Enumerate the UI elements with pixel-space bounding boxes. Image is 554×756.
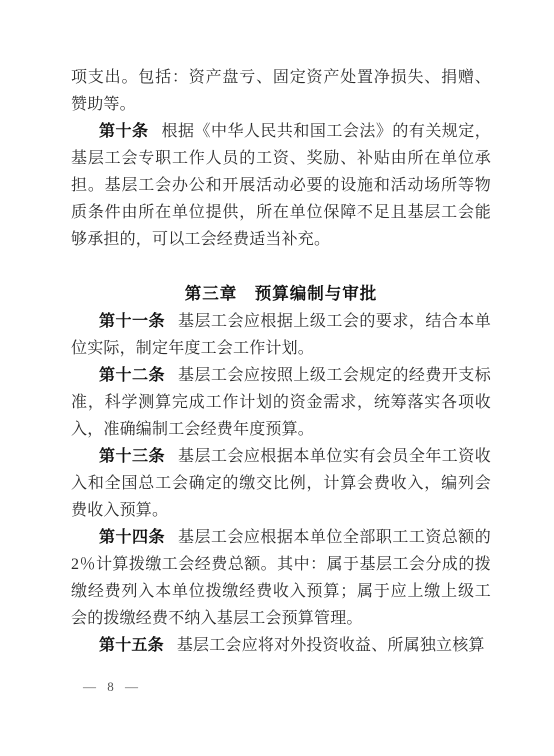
paragraph-article-15: 第十五条基层工会应将对外投资收益、所属独立核算 xyxy=(71,632,491,659)
article-15-number: 第十五条 xyxy=(99,637,164,654)
article-11-number: 第十一条 xyxy=(99,313,165,330)
article-10-text: 根据《中华人民共和国工会法》的有关规定，基层工会专职工作人员的工资、奖励、补贴由… xyxy=(71,123,491,248)
document-body: 项支出。包括：资产盘亏、固定资产处置净损失、捐赠、赞助等。 第十条根据《中华人民… xyxy=(71,64,491,659)
paragraph-article-13: 第十三条基层工会应根据本单位实有会员全年工资收入和全国总工会确定的缴交比例，计算… xyxy=(71,443,491,524)
document-page: 项支出。包括：资产盘亏、固定资产处置净损失、捐赠、赞助等。 第十条根据《中华人民… xyxy=(0,0,554,756)
paragraph-article-14: 第十四条基层工会应根据本单位全部职工工资总额的2％计算拨缴工会经费总额。其中：属… xyxy=(71,524,491,632)
chapter-heading: 第三章 预算编制与审批 xyxy=(71,281,491,308)
article-13-number: 第十三条 xyxy=(99,448,165,465)
paragraph-continuation: 项支出。包括：资产盘亏、固定资产处置净损失、捐赠、赞助等。 xyxy=(71,64,491,118)
article-12-number: 第十二条 xyxy=(99,367,165,384)
paragraph-article-10: 第十条根据《中华人民共和国工会法》的有关规定，基层工会专职工作人员的工资、奖励、… xyxy=(71,118,491,253)
article-10-number: 第十条 xyxy=(99,123,148,140)
page-number: — 8 — xyxy=(83,679,142,695)
article-15-text: 基层工会应将对外投资收益、所属独立核算 xyxy=(177,637,485,654)
paragraph-article-11: 第十一条基层工会应根据上级工会的要求，结合本单位实际，制定年度工会工作计划。 xyxy=(71,308,491,362)
article-14-number: 第十四条 xyxy=(99,529,165,546)
paragraph-article-12: 第十二条基层工会应按照上级工会规定的经费开支标准，科学测算完成工作计划的资金需求… xyxy=(71,362,491,443)
